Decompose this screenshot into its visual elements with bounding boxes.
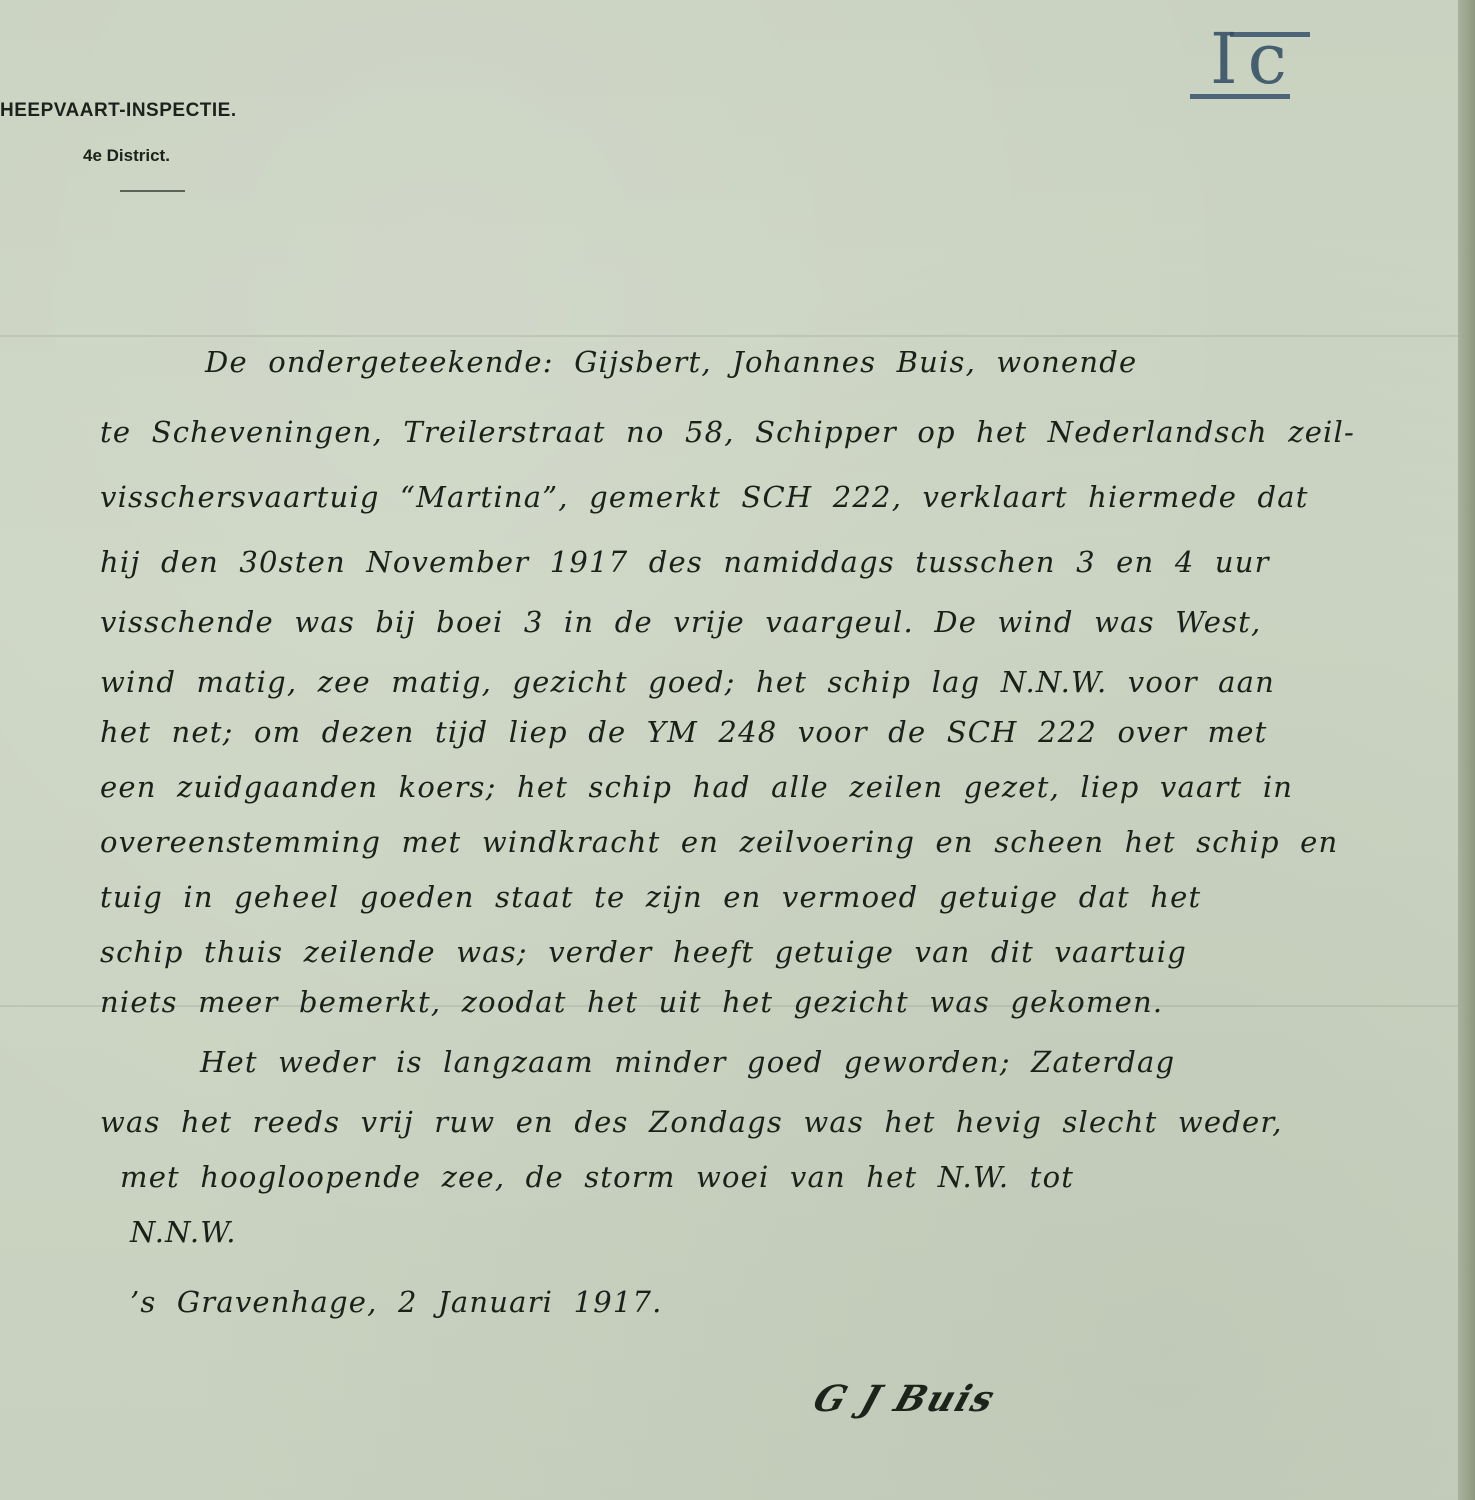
text-line: met hoogloopende zee, de storm woei van … [120,1160,1074,1194]
letterhead-title: HEEPVAART-INSPECTIE. [0,100,237,122]
letterhead-district: 4e District. [83,146,170,166]
text-line: schip thuis zeilende was; verder heeft g… [100,935,1187,969]
signature: G J Buis [808,1378,1001,1420]
archive-mark-bar-bottom [1190,94,1290,99]
text-line: overeenstemming met windkracht en zeilvo… [100,825,1338,859]
text-line: het net; om dezen tijd liep de YM 248 vo… [100,715,1267,749]
archive-mark-code: Ic [1210,24,1297,94]
text-line: De ondergeteekende: Gijsbert, Johannes B… [205,345,1137,379]
text-line: tuig in geheel goeden staat te zijn en v… [100,880,1201,914]
text-line: een zuidgaanden koers; het schip had all… [100,770,1293,804]
text-line: hij den 30sten November 1917 des namidda… [100,545,1270,579]
document-page: HEEPVAART-INSPECTIE. 4e District. Ic De … [0,0,1458,1500]
letterhead-rule [120,190,185,192]
archive-mark: Ic [1190,22,1360,112]
paper-fold-line [0,335,1458,337]
text-line: visschersvaartuig “Martina”, gemerkt SCH… [100,480,1309,514]
text-line: visschende was bij boei 3 in de vrije va… [100,605,1261,639]
date-line: ’s Gravenhage, 2 Januari 1917. [130,1285,663,1319]
text-line: wind matig, zee matig, gezicht goed; het… [100,665,1275,699]
paper-edge [1458,0,1475,1500]
text-line: N.N.W. [130,1215,237,1249]
text-line: te Scheveningen, Treilerstraat no 58, Sc… [100,415,1355,449]
text-line: niets meer bemerkt, zoodat het uit het g… [100,985,1163,1019]
text-line: was het reeds vrij ruw en des Zondags wa… [100,1105,1283,1139]
text-line: Het weder is langzaam minder goed geword… [200,1045,1175,1079]
